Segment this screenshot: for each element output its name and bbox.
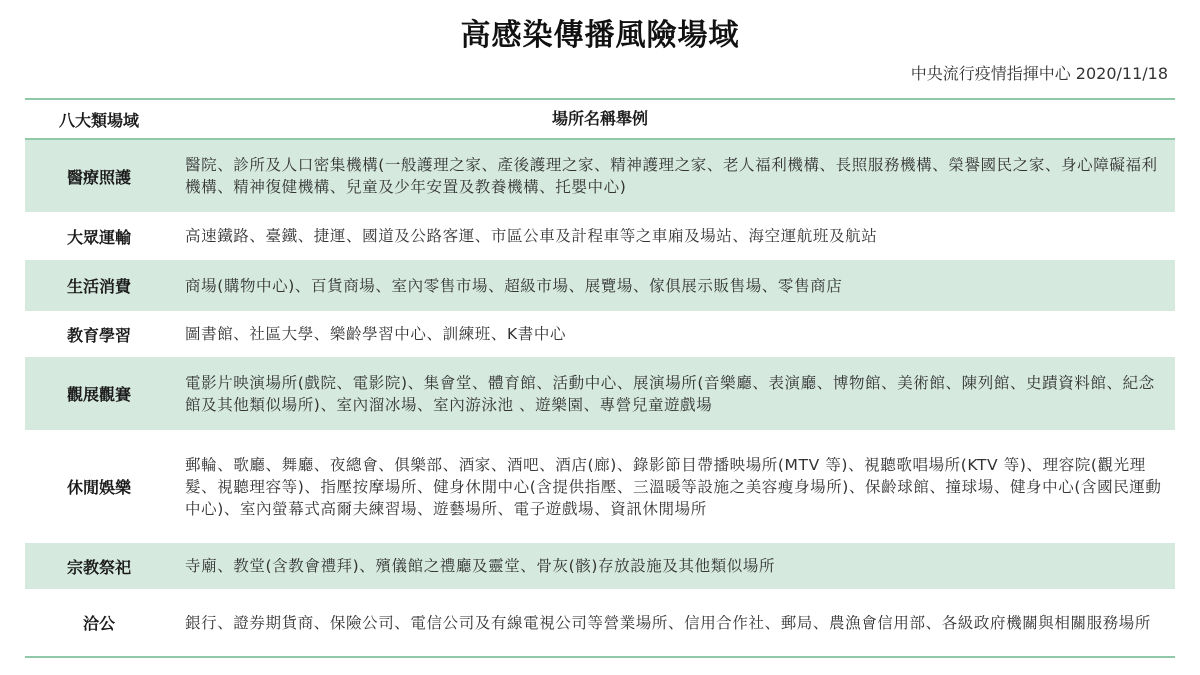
row-examples: 商場(購物中心)、百貨商場、室內零售市場、超級市場、展覽場、傢俱展示販售場、零售… (173, 275, 1175, 297)
row-examples: 寺廟、教堂(含教會禮拜)、殯儀館之禮廳及靈堂、骨灰(骸)存放設施及其他類似場所 (173, 555, 1175, 577)
row-category: 洽公 (25, 611, 173, 634)
table-row: 大眾運輸 高速鐵路、臺鐵、捷運、國道及公路客運、市區公車及計程車等之車廂及場站、… (25, 212, 1175, 260)
row-examples: 銀行、證券期貨商、保險公司、電信公司及有線電視公司等營業場所、信用合作社、郵局、… (173, 612, 1175, 634)
row-category: 教育學習 (25, 323, 173, 346)
table-row: 宗教祭祀 寺廟、教堂(含教會禮拜)、殯儀館之禮廳及靈堂、骨灰(骸)存放設施及其他… (25, 543, 1175, 589)
table-row: 教育學習 圖書館、社區大學、樂齡學習中心、訓練班、K書中心 (25, 311, 1175, 357)
table-header-row: 八大類場域 場所名稱舉例 (25, 100, 1175, 140)
row-examples: 醫院、診所及人口密集機構(一般護理之家、產後護理之家、精神護理之家、老人福利機構… (173, 154, 1175, 198)
row-category: 大眾運輸 (25, 225, 173, 248)
row-category: 觀展觀賽 (25, 382, 173, 405)
source-attribution: 中央流行疫情指揮中心 2020/11/18 (911, 62, 1168, 86)
table-row: 生活消費 商場(購物中心)、百貨商場、室內零售市場、超級市場、展覽場、傢俱展示販… (25, 260, 1175, 311)
table-row: 醫療照護 醫院、診所及人口密集機構(一般護理之家、產後護理之家、精神護理之家、老… (25, 140, 1175, 212)
row-category: 休閒娛樂 (25, 475, 173, 498)
table-row: 休閒娛樂 郵輪、歌廳、舞廳、夜總會、俱樂部、酒家、酒吧、酒店(廊)、錄影節目帶播… (25, 430, 1175, 543)
row-examples: 電影片映演場所(戲院、電影院)、集會堂、體育館、活動中心、展演場所(音樂廳、表演… (173, 372, 1175, 416)
table-row: 觀展觀賽 電影片映演場所(戲院、電影院)、集會堂、體育館、活動中心、展演場所(音… (25, 357, 1175, 430)
row-examples: 圖書館、社區大學、樂齡學習中心、訓練班、K書中心 (173, 323, 1175, 345)
row-category: 宗教祭祀 (25, 555, 173, 578)
page-title: 高感染傳播風險場域 (0, 14, 1200, 58)
row-examples: 郵輪、歌廳、舞廳、夜總會、俱樂部、酒家、酒吧、酒店(廊)、錄影節目帶播映場所(M… (173, 454, 1175, 520)
row-category: 醫療照護 (25, 165, 173, 188)
header-examples: 場所名稱舉例 (173, 108, 1175, 130)
row-examples: 高速鐵路、臺鐵、捷運、國道及公路客運、市區公車及計程車等之車廂及場站、海空運航班… (173, 225, 1175, 247)
row-category: 生活消費 (25, 274, 173, 297)
table-row: 洽公 銀行、證券期貨商、保險公司、電信公司及有線電視公司等營業場所、信用合作社、… (25, 589, 1175, 656)
venue-risk-table: 八大類場域 場所名稱舉例 醫療照護 醫院、診所及人口密集機構(一般護理之家、產後… (25, 98, 1175, 658)
header-category: 八大類場域 (25, 108, 173, 131)
